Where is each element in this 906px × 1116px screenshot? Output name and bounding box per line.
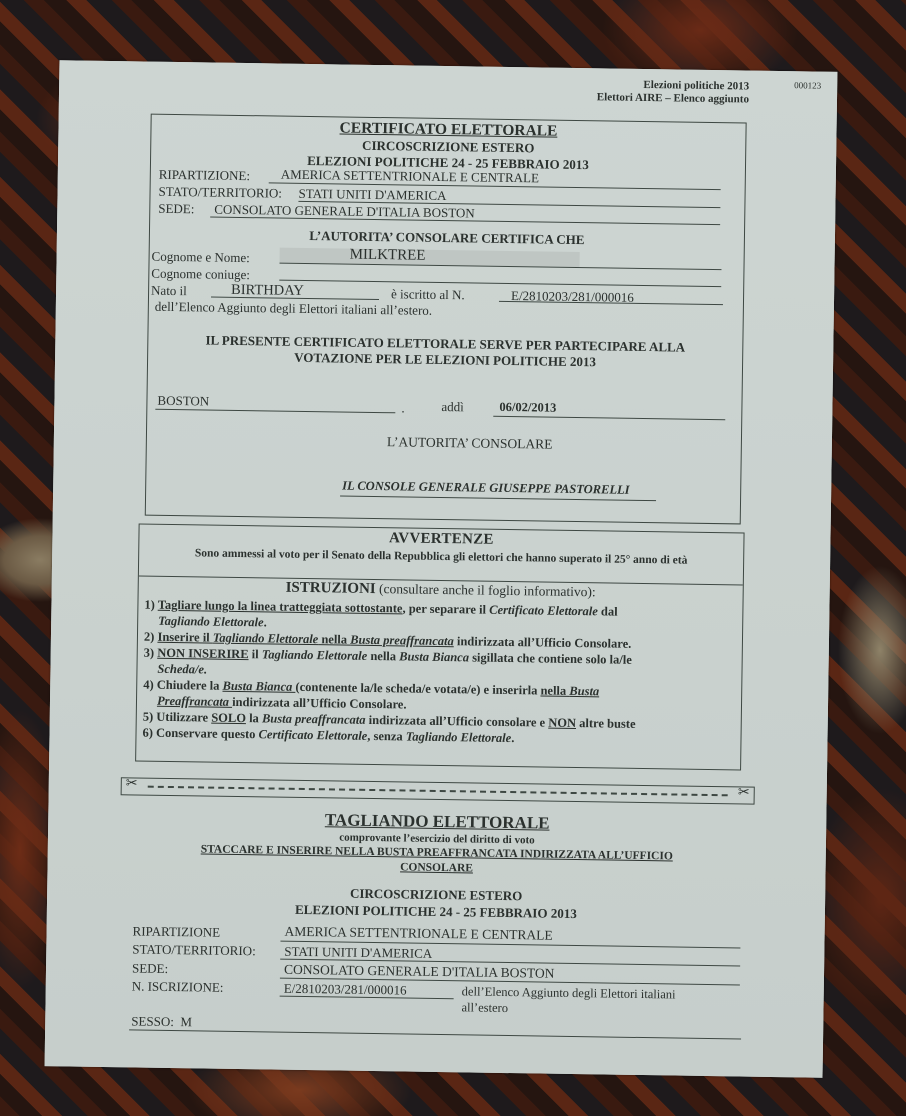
place-line (155, 409, 395, 414)
date-line (493, 416, 725, 420)
stato-label: STATO/TERRITORIO: (158, 184, 282, 202)
coupon-sesso: SESSO: M (131, 1013, 192, 1030)
sede-label: SEDE: (158, 201, 194, 218)
spouse-line (279, 280, 721, 288)
coupon-iscrizione-note-1: dell’Elenco Aggiunto degli Elettori ital… (462, 984, 676, 1002)
place-value: BOSTON (157, 393, 209, 410)
coupon-stato-label: STATO/TERRITORIO: (132, 941, 256, 959)
coupon-ripartizione-label: RIPARTIZIONE (132, 923, 220, 940)
registered-label: è iscritto al N. (391, 286, 465, 303)
coupon-sesso-label: SESSO: (131, 1013, 174, 1029)
ripartizione-label: RIPARTIZIONE: (159, 167, 250, 184)
name-label: Cognome e Nome: (151, 249, 249, 266)
document-header: Elezioni politiche 2013 Elettori AIRE – … (597, 78, 750, 106)
instructions-title: ISTRUZIONI (286, 580, 376, 597)
dashed-cut-guide (148, 786, 728, 797)
authority-heading: L’AUTORITA’ CONSOLARE CERTIFICA CHE (150, 226, 744, 251)
instructions-box: AVVERTENZE Sono ammessi al voto per il S… (135, 524, 744, 771)
coupon-sesso-line (129, 1029, 741, 1039)
date-value: 06/02/2013 (499, 400, 556, 416)
serial-number: 000123 (794, 80, 821, 90)
instructions-note: (consultare anche il foglio informativo)… (379, 581, 596, 599)
election-certificate-paper: Elezioni politiche 2013 Elettori AIRE – … (45, 60, 838, 1077)
coupon-sede-label: SEDE: (132, 960, 168, 977)
coupon-sesso-value: M (180, 1014, 192, 1029)
certificate-box: CERTIFICATO ELETTORALE CIRCOSCRIZIONE ES… (145, 114, 747, 525)
place-separator: . (401, 400, 404, 416)
list-text: dell’Elenco Aggiunto degli Elettori ital… (155, 299, 432, 319)
signatory-name: IL CONSOLE GENERALE GIUSEPPE PASTORELLI (342, 479, 630, 498)
instructions-list: 1) Tagliare lungo la linea tratteggiata … (142, 597, 736, 750)
date-label: addì (441, 399, 464, 415)
scissors-icon: ✂ (126, 775, 138, 792)
coupon-iscrizione-note-2: all’estero (461, 1000, 508, 1016)
header-voters: Elettori AIRE – Elenco aggiunto (597, 91, 749, 106)
scissors-icon: ✂ (738, 784, 750, 801)
coupon-iscrizione-label: N. ISCRIZIONE: (132, 978, 224, 995)
born-label: Nato il (151, 283, 187, 300)
spouse-label: Cognome coniuge: (151, 266, 250, 283)
authority-signature-label: L’AUTORITA’ CONSOLARE (387, 434, 553, 452)
coupon-iscrizione-line (280, 996, 454, 1000)
name-value: MILKTREE (350, 247, 426, 265)
cut-line[interactable]: ✂ ✂ (121, 777, 755, 804)
